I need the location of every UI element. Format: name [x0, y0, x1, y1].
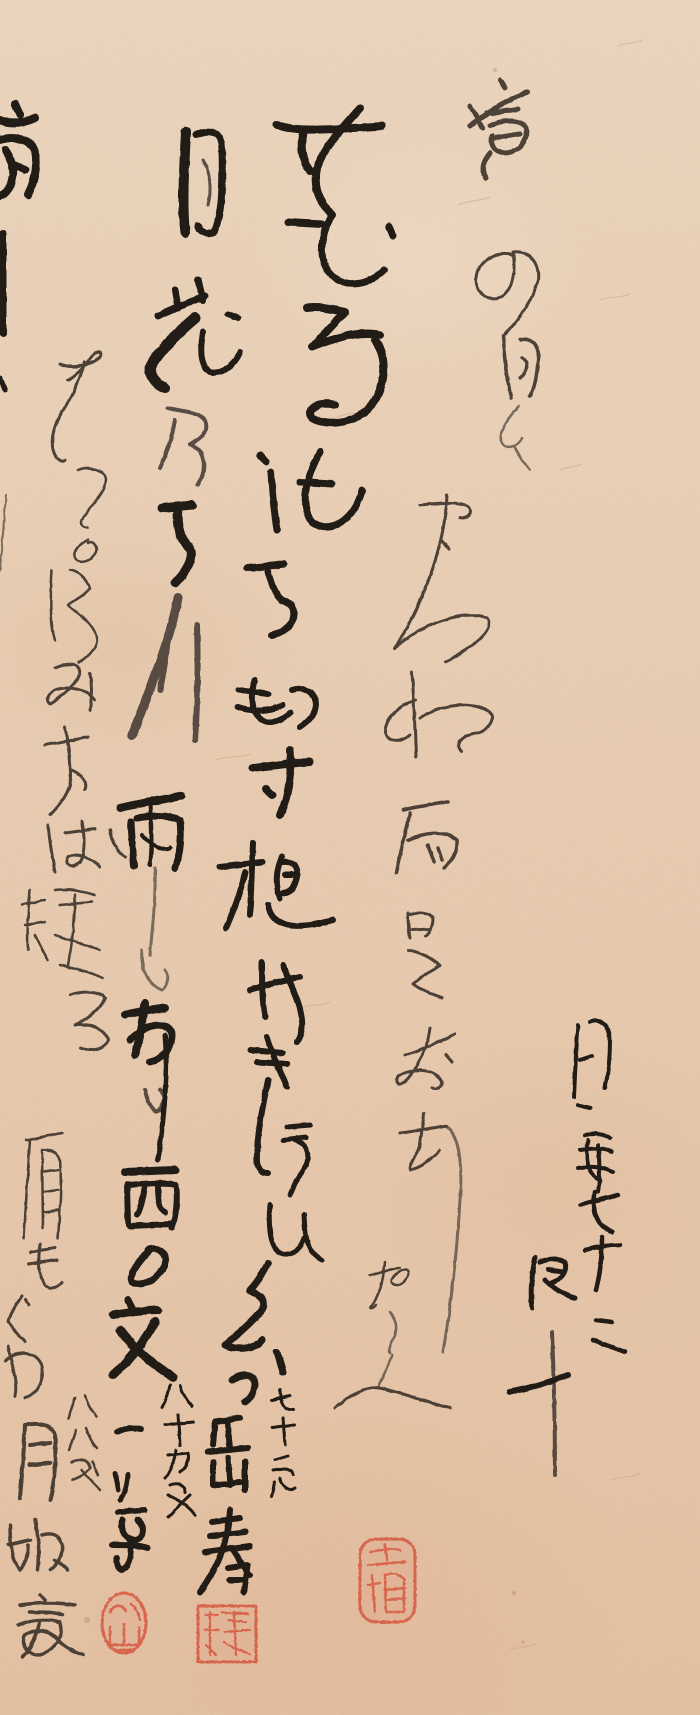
paper-stain: [493, 68, 497, 72]
paper-stain: [84, 1617, 90, 1623]
brush-stroke: [183, 132, 186, 233]
seal-square: square: [198, 1606, 256, 1662]
seal-oval: oval: [102, 1593, 146, 1653]
calligraphy-artwork: 月二年七十二 月 二 年 七 十 二 辰十 辰 十 宵の月ちやろみ雨足おあり 宵…: [0, 0, 700, 1715]
paper-grain-texture: [0, 0, 700, 1715]
hanging-scroll-paper: 月二年七十二 月 二 年 七 十 二 辰十 辰 十 宵の月ちやろみ雨足おあり 宵…: [0, 0, 700, 1715]
paper-stain: [512, 1591, 516, 1595]
brush-stroke: [125, 1170, 175, 1172]
seal-rounded: rounded-rect: [360, 1539, 415, 1622]
paper-stain: [521, 1640, 524, 1643]
seal-border: [360, 1539, 415, 1622]
